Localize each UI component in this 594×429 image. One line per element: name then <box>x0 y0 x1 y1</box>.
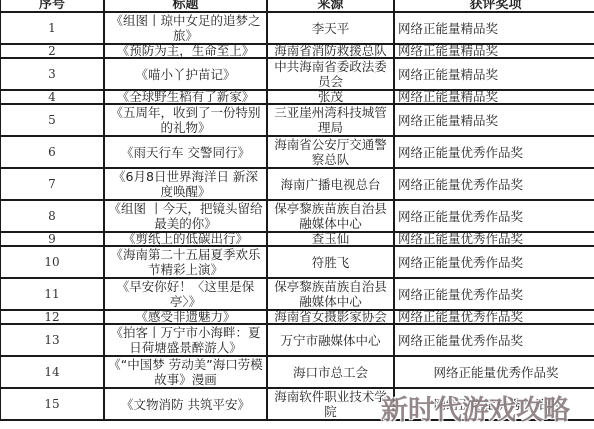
row-award: 网络正能量优秀作品奖 <box>394 136 594 168</box>
row-number: 11 <box>0 278 104 310</box>
table-row: 5《五周年，收到了一份特别的礼物》三亚崖州湾科技城管理局网络正能量精品奖 <box>0 104 594 136</box>
row-award: 网络正能量精品奖 <box>394 58 594 90</box>
row-award: 网络正能量精品奖 <box>394 12 594 44</box>
row-source: 张茂 <box>267 90 394 104</box>
header-source: 来源 <box>267 0 394 12</box>
row-award: 网络正能量精品奖 <box>394 104 594 136</box>
row-source: 海南省消防救援总队 <box>267 44 394 58</box>
row-award: 网络正能量优秀作品奖 <box>394 168 594 200</box>
row-title: 《早安你好！〈这里是保亭〉》 <box>104 278 267 310</box>
row-number: 10 <box>0 246 104 278</box>
table-row: 4《全球野生稻有了新家》张茂网络正能量精品奖 <box>0 90 594 104</box>
row-title: 《拍客丨万宁市小海畔：夏日荷塘盛景醉游人》 <box>104 324 267 356</box>
header-title: 标题 <box>104 0 267 12</box>
table-row: 6《雨天行车 交警同行》海南省公安厅交通警察总队网络正能量优秀作品奖 <box>0 136 594 168</box>
row-title: 《喵小丫护苗记》 <box>104 58 267 90</box>
row-title: 《组图 丨今天，把镜头留给最美的你》 <box>104 200 267 232</box>
row-source: 李天平 <box>267 12 394 44</box>
row-title: 《五周年，收到了一份特别的礼物》 <box>104 104 267 136</box>
row-award: 网络正能量优秀作品奖 <box>394 324 594 356</box>
row-title: 《预防为主，生命至上》 <box>104 44 267 58</box>
row-source: 中共海南省委政法委员会 <box>267 58 394 90</box>
row-title: 《6月8日世界海洋日 新深度唤醒》 <box>104 168 267 200</box>
row-award: 网络正能量优秀作品奖 <box>394 232 594 246</box>
row-number: 12 <box>0 310 104 324</box>
row-award: 网络正能量优秀作品奖 <box>394 356 594 388</box>
table-row: 1《组图丨琼中女足的追梦之旅》李天平网络正能量精品奖 <box>0 12 594 44</box>
row-title: 《雨天行车 交警同行》 <box>104 136 267 168</box>
row-award: 网络正能量优秀作品奖 <box>394 310 594 324</box>
table-row: 8《组图 丨今天，把镜头留给最美的你》保亭黎族苗族自治县融媒体中心网络正能量优秀… <box>0 200 594 232</box>
table-row: 10《海南第二十五届夏季欢乐节精彩上演》符胜飞网络正能量优秀作品奖 <box>0 246 594 278</box>
header-number: 序号 <box>0 0 104 12</box>
row-number: 8 <box>0 200 104 232</box>
row-source: 保亭黎族苗族自治县融媒体中心 <box>267 278 394 310</box>
row-title: 《“中国梦 劳动美”海口劳模故事》漫画 <box>104 356 267 388</box>
row-number: 2 <box>0 44 104 58</box>
row-number: 4 <box>0 90 104 104</box>
row-number: 14 <box>0 356 104 388</box>
row-source: 三亚崖州湾科技城管理局 <box>267 104 394 136</box>
row-title: 《海南第二十五届夏季欢乐节精彩上演》 <box>104 246 267 278</box>
row-award: 网络正能量优秀作品奖 <box>394 246 594 278</box>
row-number: 7 <box>0 168 104 200</box>
table-row: 3《喵小丫护苗记》中共海南省委政法委员会网络正能量精品奖 <box>0 58 594 90</box>
row-source: 海南省公安厅交通警察总队 <box>267 136 394 168</box>
row-title: 《组图丨琼中女足的追梦之旅》 <box>104 12 267 44</box>
row-award: 网络正能量精品奖 <box>394 44 594 58</box>
row-source: 查玉仙 <box>267 232 394 246</box>
row-number: 15 <box>0 388 104 420</box>
row-number: 6 <box>0 136 104 168</box>
row-number: 13 <box>0 324 104 356</box>
row-award: 网络正能量优秀作品奖 <box>394 278 594 310</box>
row-source: 海南广播电视总台 <box>267 168 394 200</box>
row-title: 《感受非遗魅力》 <box>104 310 267 324</box>
row-title: 《全球野生稻有了新家》 <box>104 90 267 104</box>
row-source: 海口市总工会 <box>267 356 394 388</box>
table-row: 12《感受非遗魅力》海南省女摄影家协会网络正能量优秀作品奖 <box>0 310 594 324</box>
row-source: 万宁市融媒体中心 <box>267 324 394 356</box>
row-award: 网络正能量精品奖 <box>394 90 594 104</box>
row-source: 符胜飞 <box>267 246 394 278</box>
row-source: 保亭黎族苗族自治县融媒体中心 <box>267 200 394 232</box>
row-source: 海南软件职业技术学院 <box>267 388 394 420</box>
table-row: 13《拍客丨万宁市小海畔：夏日荷塘盛景醉游人》万宁市融媒体中心网络正能量优秀作品… <box>0 324 594 356</box>
row-number: 3 <box>0 58 104 90</box>
row-number: 1 <box>0 12 104 44</box>
header-award: 获评奖项 <box>394 0 594 12</box>
watermark: 新时代游戏攻略 <box>381 388 570 427</box>
table-row: 14《“中国梦 劳动美”海口劳模故事》漫画海口市总工会网络正能量优秀作品奖 <box>0 356 594 388</box>
row-source: 海南省女摄影家协会 <box>267 310 394 324</box>
row-number: 5 <box>0 104 104 136</box>
table-row: 7《6月8日世界海洋日 新深度唤醒》海南广播电视总台网络正能量优秀作品奖 <box>0 168 594 200</box>
row-award: 网络正能量优秀作品奖 <box>394 200 594 232</box>
awards-table: 序号 标题 来源 获评奖项 1《组图丨琼中女足的追梦之旅》李天平网络正能量精品奖… <box>0 0 594 421</box>
row-title: 《文物消防 共筑平安》 <box>104 388 267 420</box>
table-row: 11《早安你好！〈这里是保亭〉》保亭黎族苗族自治县融媒体中心网络正能量优秀作品奖 <box>0 278 594 310</box>
row-title: 《剪纸上的低碳出行》 <box>104 232 267 246</box>
header-row: 序号 标题 来源 获评奖项 <box>0 0 594 12</box>
table-row: 2《预防为主，生命至上》海南省消防救援总队网络正能量精品奖 <box>0 44 594 58</box>
table-row: 9《剪纸上的低碳出行》查玉仙网络正能量优秀作品奖 <box>0 232 594 246</box>
row-number: 9 <box>0 232 104 246</box>
